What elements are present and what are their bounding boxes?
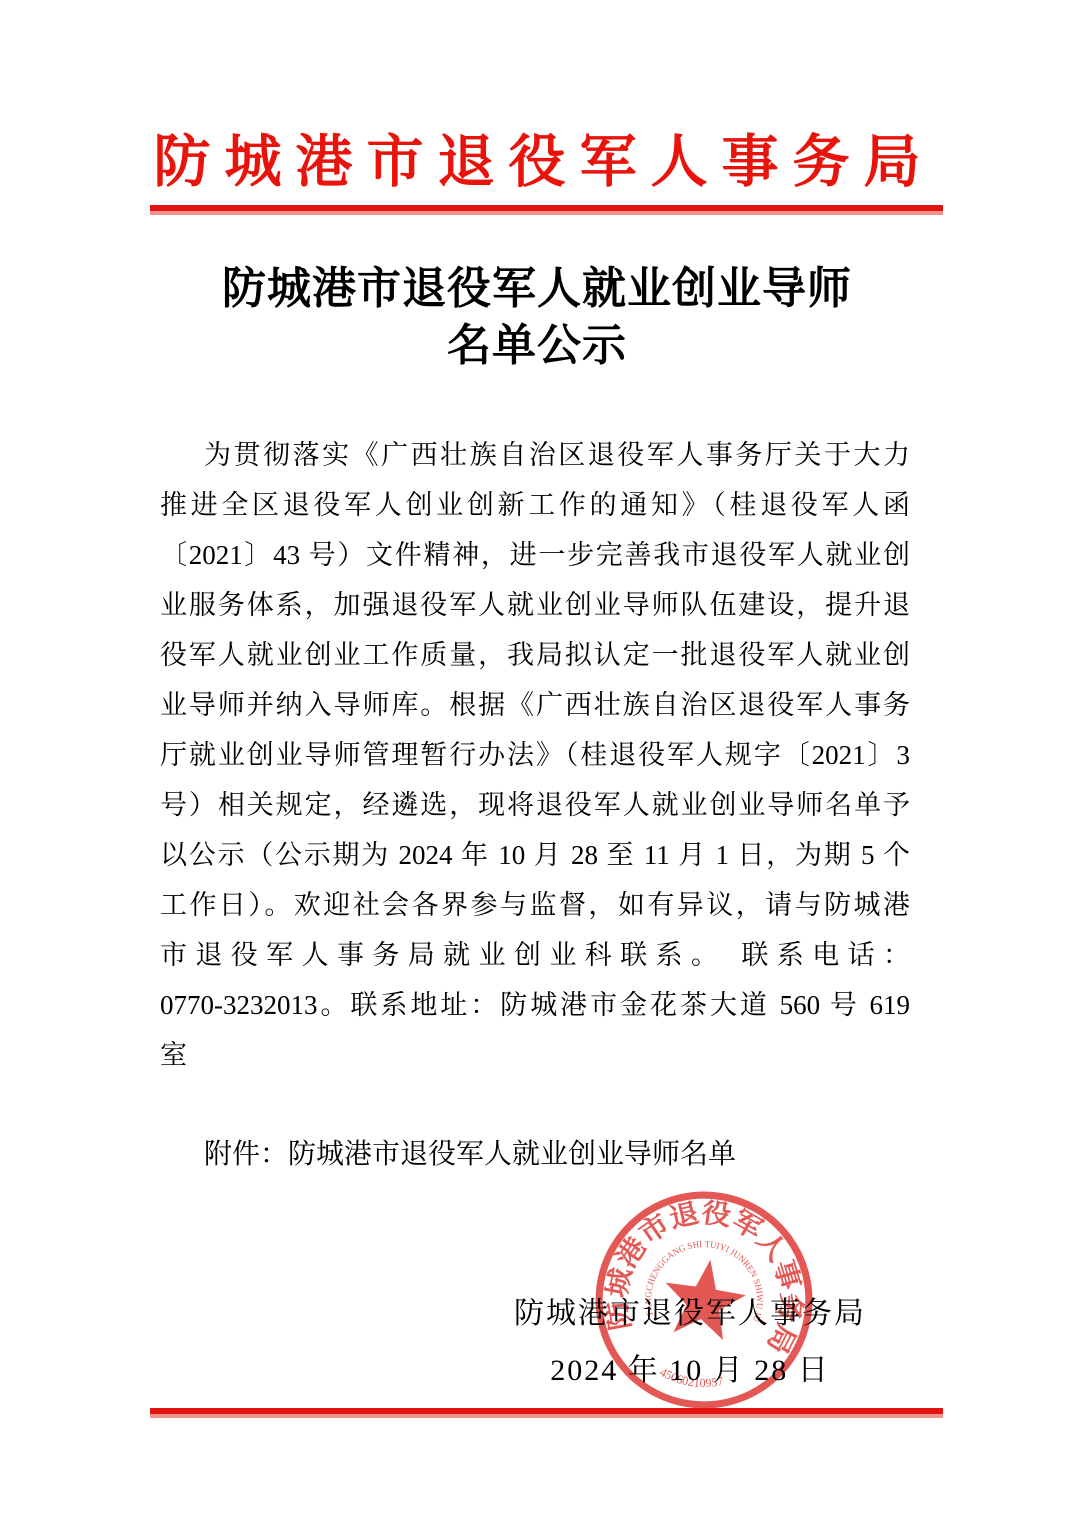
letterhead-agency-title: 防城港市退役军人事务局 bbox=[0, 116, 1074, 198]
body-line: 工作日）。欢迎社会各界参与监督，如有异议，请与防城港 bbox=[160, 880, 910, 930]
document-title-line1: 防城港市退役军人就业创业导师 bbox=[0, 260, 1074, 317]
signature-date: 2024 年 10 月 28 日 bbox=[340, 1342, 1040, 1399]
body-line: 业导师并纳入导师库。根据《广西壮族自治区退役军人事务 bbox=[160, 680, 910, 730]
body-line: 0770-3232013。联系地址：防城港市金花茶大道 560 号 619 bbox=[160, 980, 910, 1030]
body-line: 以公示（公示期为 2024 年 10 月 28 至 11 月 1 日，为期 5 … bbox=[160, 830, 910, 880]
body-line: 市退役军人事务局就业创业科联系。 联系电话： bbox=[160, 930, 910, 980]
body-line: 推进全区退役军人创业创新工作的通知》（桂退役军人函 bbox=[160, 480, 910, 530]
document-title: 防城港市退役军人就业创业导师 名单公示 bbox=[0, 260, 1074, 374]
body-line: 厅就业创业导师管理暂行办法》（桂退役军人规字〔2021〕3 bbox=[160, 730, 910, 780]
footer-divider-rule bbox=[150, 1408, 943, 1418]
body-line: 室 bbox=[160, 1030, 910, 1080]
body-line: 〔2021〕43 号）文件精神，进一步完善我市退役军人就业创 bbox=[160, 530, 910, 580]
letterhead-divider-rule bbox=[150, 205, 943, 215]
attachment-line: 附件：防城港市退役军人就业创业导师名单 bbox=[160, 1130, 940, 1180]
body-line: 为贯彻落实《广西壮族自治区退役军人事务厅关于大力 bbox=[160, 430, 910, 480]
document-page: { "header": { "agency": "防城港市退役军人事务局", "… bbox=[0, 0, 1074, 1520]
signature-block: 防城港市退役军人事务局 2024 年 10 月 28 日 bbox=[340, 1285, 1040, 1399]
body-line: 业服务体系，加强退役军人就业创业导师队伍建设，提升退 bbox=[160, 580, 910, 630]
body-line: 役军人就业创业工作质量，我局拟认定一批退役军人就业创 bbox=[160, 630, 910, 680]
body-paragraph: 为贯彻落实《广西壮族自治区退役军人事务厅关于大力 推进全区退役军人创业创新工作的… bbox=[160, 430, 910, 1080]
body-line: 号）相关规定，经遴选，现将退役军人就业创业导师名单予 bbox=[160, 780, 910, 830]
signature-agency: 防城港市退役军人事务局 bbox=[340, 1285, 1040, 1342]
document-title-line2: 名单公示 bbox=[0, 317, 1074, 374]
